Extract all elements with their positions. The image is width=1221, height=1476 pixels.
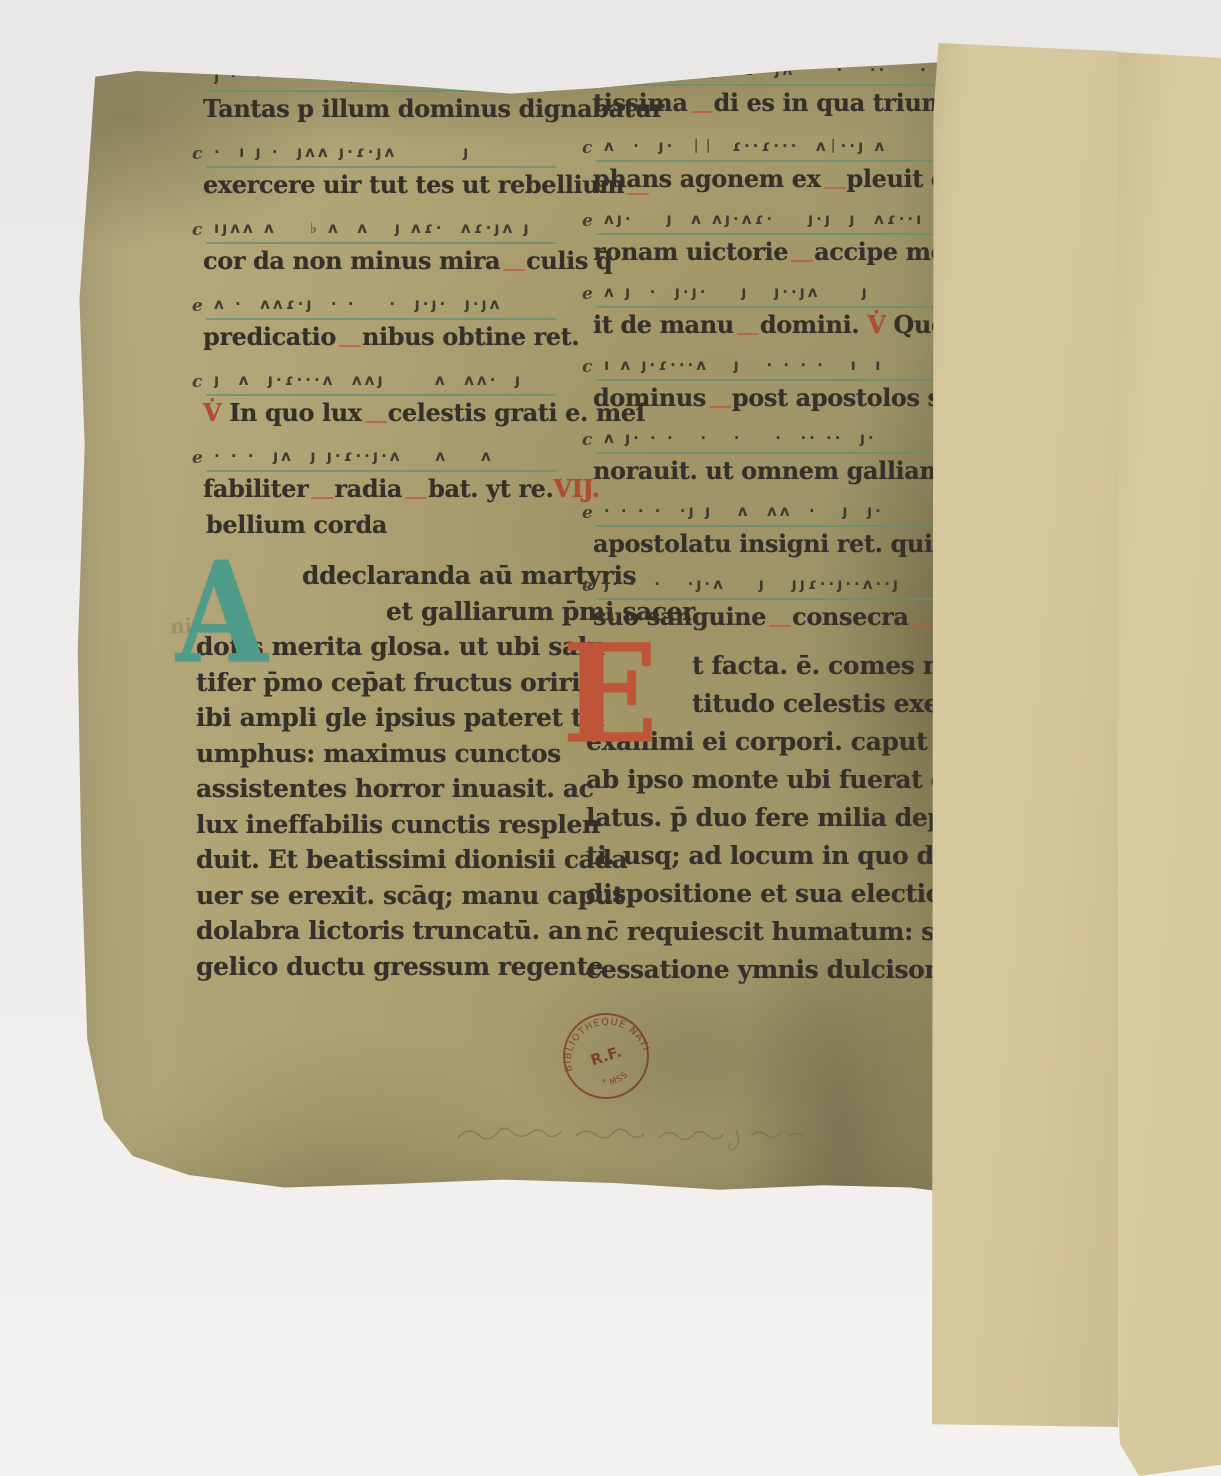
text-segment: nc̄ requiescit humatum: sine <box>586 913 977 951</box>
chant-line: c· ı ȷ · ȷʌʌ ȷ·ɾ·ȷʌ ȷexercere uir tut te… <box>190 130 552 206</box>
text-segment: ne ret. <box>494 322 580 351</box>
prose-block: Et facta. ē. comes mulVIIJ.titudo celest… <box>580 647 940 989</box>
neume-row: c· ı ȷ · ȷʌʌ ȷ·ɾ·ȷʌ ȷ <box>190 130 552 170</box>
chant-line: cȷ ʌ ȷ·ɾ···ʌ ʌʌȷ ʌ ʌʌ· ȷV̇ In quo luxcel… <box>190 358 552 434</box>
text-segment: consecra <box>792 602 908 631</box>
text-segment: bat. yt re. <box>428 474 553 503</box>
turned-folio-edge <box>932 43 1118 1427</box>
text-segment: ronam uictorie <box>593 237 788 266</box>
neume-row: e· · · ȷʌ ȷ ȷ·ɾ··ȷ·ʌ ʌ ʌ <box>190 434 552 474</box>
clef-letter: c <box>192 144 202 164</box>
chant-lyrics: fabiliterradiabat. yt re.VIJ. <box>190 474 552 510</box>
text-segment: nibus obti <box>362 322 494 351</box>
text-segment: uer se erexit. scāq; manu caput <box>196 878 624 914</box>
text-segment: domi <box>760 310 826 339</box>
bnf-library-stamp-icon: BIBLIOTHEQUE NATIONALE * MSS R.F. <box>546 996 667 1117</box>
text-segment: dominus <box>593 383 706 412</box>
clef-letter: e <box>582 284 593 304</box>
text-segment: duit. Et beatissimi dionisii cada <box>196 842 627 878</box>
chant-line: eʌ ȷ · ȷ·ȷ· ȷ ȷ··ȷʌ ȷit de manudomini. V… <box>580 270 940 343</box>
text-segment: ibi ampli gle ipsius pateret tri <box>196 700 604 736</box>
prose-line: latus. p̄ duo fere milia deportan <box>580 799 940 837</box>
text-segment: assistentes horror inuasit. ac <box>196 771 594 807</box>
staff-line <box>596 306 944 309</box>
staff-line <box>206 470 556 473</box>
prose-line: assistentes horror inuasit. ac <box>190 771 552 807</box>
text-segment: exercere uir tut tes ut rebellium <box>203 170 624 199</box>
chant-line: cı ʌ ȷ·ɾ···ʌ ȷ · · · · ı ıdominuspost ap… <box>580 343 940 416</box>
neume-row: ʌ · ᛁ ȷ· ȷ· ɾ··ȷʌ · ·· · ȷ ··ʌ <box>580 54 940 88</box>
text-segment: ni. <box>826 310 868 339</box>
neume-row: cʌ ȷ· · · · · · ·· ·· ȷ· <box>580 416 940 456</box>
chant-lyrics: dominuspost apostolos sic ho <box>580 383 940 419</box>
chant-line: eʌȷ· ȷ ʌ ʌȷ·ʌɾ· ȷ·ȷ ȷ ʌɾ··ıronam uictori… <box>580 197 940 270</box>
clef-letter: c <box>192 372 202 392</box>
clef-letter: e <box>582 211 593 231</box>
staff-line <box>206 90 556 93</box>
neume-row: eʌ ȷ · ȷ·ȷ· ȷ ȷ··ȷʌ ȷ <box>580 270 940 310</box>
right-text-column: ʌ · ᛁ ȷ· ȷ· ɾ··ȷʌ · ·· · ȷ ··ʌtissimadi … <box>580 54 940 989</box>
chant-lyrics: it de manudomini. V̇ Quem <box>580 310 940 346</box>
staff-line <box>206 166 556 169</box>
chant-lyrics: cor da non minus miraculis q̄ <box>190 246 552 282</box>
text-segment: ti. usq; ad locum in quo dei <box>586 837 958 875</box>
clef-letter: c <box>192 220 202 240</box>
text-segment: Tantas p illum dominus dignaba <box>203 94 624 123</box>
illuminated-initial: E <box>562 626 658 762</box>
staff-line <box>596 233 944 236</box>
neume-row: cıȷʌʌ ʌ ♭ ʌ ʌ ȷ ʌɾ· ʌɾ·ȷʌ ȷ <box>190 206 552 246</box>
chant-line: e· · · ȷʌ ȷ ȷ·ɾ··ȷ·ʌ ʌ ʌfabiliterradiaba… <box>190 434 552 510</box>
neume-glyphs: ʌ · ᛁ ȷ· ȷ· ɾ··ȷʌ · ·· · ȷ ··ʌ <box>604 61 940 79</box>
text-segment: umphus: maximus cunctos <box>196 736 561 772</box>
prose-line: umphus: maximus cunctos <box>190 736 552 772</box>
neume-glyphs: ʌȷ· ȷ ʌ ʌȷ·ʌɾ· ȷ·ȷ ȷ ʌɾ··ı <box>604 210 940 228</box>
stamp-center-text: R.F. <box>588 1043 623 1070</box>
prose-line: duit. Et beatissimi dionisii cada <box>190 842 552 878</box>
prose-line: ibi ampli gle ipsius pateret tri <box>190 700 552 736</box>
text-segment: cu <box>526 246 557 275</box>
text-segment: predicatio <box>203 322 336 351</box>
chant-lyrics: tissimadi es in qua trium <box>580 88 940 124</box>
text-segment: it de manu <box>593 310 734 339</box>
chant-line: eʌ · ʌʌɾ·ȷ · · · ȷ·ȷ· ȷ·ȷʌpredicationibu… <box>190 282 552 358</box>
text-segment: radia <box>334 474 402 503</box>
text-segment: di es in qua trium <box>714 88 947 117</box>
neume-glyphs: ʌ · ʌʌɾ·ȷ · · · ȷ·ȷ· ȷ·ȷʌ <box>214 295 552 313</box>
inscription-stroke <box>729 1130 738 1150</box>
prose-line: nc̄ requiescit humatum: sine <box>580 913 940 951</box>
chant-line: ʌ · ᛁ ȷ· ȷ· ɾ··ȷʌ · ·· · ȷ ··ʌtissimadi … <box>580 54 940 124</box>
staff-line <box>596 525 944 528</box>
chant-line: e· · · · ·ȷ ȷ ʌ ʌʌ · ȷ ȷ·apostolatu insi… <box>580 489 940 562</box>
staff-line <box>206 394 556 397</box>
chant-lyrics: apostolatu insigni ret. quiq; eam <box>580 529 940 565</box>
clef-letter: c <box>582 430 592 450</box>
inscription-stroke <box>458 1128 561 1139</box>
staff-line <box>596 84 944 87</box>
clef-letter: e <box>582 503 593 523</box>
neume-glyphs: ıȷʌʌ ʌ ♭ ʌ ʌ ȷ ʌɾ· ʌɾ·ȷʌ ȷ <box>214 219 552 237</box>
neume-row: cı ʌ ȷ·ɾ···ʌ ȷ · · · · ı ı <box>580 343 940 383</box>
staff-line <box>596 160 944 163</box>
prose-line: gelico ductu gressum regente <box>190 949 552 985</box>
prose-line: lux ineffabilis cunctis resplen <box>190 807 552 843</box>
faint-inscription <box>452 1114 862 1158</box>
prose-line: dolabra lictoris truncatū. an <box>190 913 552 949</box>
left-text-column: ȷ · · · ᛁı· · ȷ ··Tantas p illum dominus… <box>190 60 552 984</box>
text-segment: In quo lux <box>229 398 362 427</box>
underlying-folio-edge <box>1116 52 1221 1476</box>
text-segment: tissima <box>593 88 688 117</box>
neume-glyphs: ȷ ʌ ȷ·ɾ···ʌ ʌʌȷ ʌ ʌʌ· ȷ <box>214 371 552 389</box>
rubric-segment: V̇ <box>867 310 893 339</box>
neume-row: eʌ · ʌʌɾ·ȷ · · · ȷ·ȷ· ȷ·ȷʌ <box>190 282 552 322</box>
rubric-segment: V̇ <box>203 398 229 427</box>
clef-letter: c <box>582 357 592 377</box>
clef-letter: e <box>192 296 203 316</box>
staff-line <box>206 318 556 321</box>
text-segment: cor da non minus mira <box>203 246 500 275</box>
neume-row: eȷ· · · ·ȷ·ʌ ȷ ȷȷɾ··ȷ··ʌ··ȷ <box>580 562 940 602</box>
prose-line: uer se erexit. scāq; manu caput <box>190 878 552 914</box>
neume-glyphs: ʌ ȷ · ȷ·ȷ· ȷ ȷ··ȷʌ ȷ <box>604 283 940 301</box>
prose-block: Addeclaranda aū martyriset galliarum p̄m… <box>190 558 552 984</box>
chant-lyrics: phans agonem expleuit et co <box>580 164 940 200</box>
text-segment: dolabra lictoris truncatū. an <box>196 913 582 949</box>
neume-glyphs: ȷ · · · ᛁı· · ȷ ·· <box>214 67 552 85</box>
chant-lyrics: V̇ In quo luxcelestis grati e. meſ <box>190 398 552 434</box>
neume-row: cȷ ʌ ȷ·ɾ···ʌ ʌʌȷ ʌ ʌʌ· ȷ <box>190 358 552 398</box>
neume-glyphs: · · · ȷʌ ȷ ȷ·ɾ··ȷ·ʌ ʌ ʌ <box>214 447 552 465</box>
clef-letter: c <box>582 138 592 158</box>
staff-line <box>596 379 944 382</box>
photograph: ȷ · · · ᛁı· · ȷ ··Tantas p illum dominus… <box>0 0 1221 1476</box>
chant-lyrics: norauit. ut omnem galliam eius <box>580 456 940 492</box>
manuscript-folio: ȷ · · · ᛁı· · ȷ ··Tantas p illum dominus… <box>76 62 945 1192</box>
text-segment: dispositione et sua electione <box>586 875 975 913</box>
chant-line: ȷ · · · ᛁı· · ȷ ··Tantas p illum dominus… <box>190 60 552 130</box>
inscription-stroke <box>660 1132 723 1140</box>
chant-lyrics: ronam uictorieaccipe meru <box>580 237 940 273</box>
neume-row: ȷ · · · ᛁı· · ȷ ·· <box>190 60 552 94</box>
inscription-stroke <box>752 1132 802 1137</box>
text-segment: phans agonem ex <box>593 164 821 193</box>
chant-line: cıȷʌʌ ʌ ♭ ʌ ʌ ȷ ʌɾ· ʌɾ·ȷʌ ȷcor da non mi… <box>190 206 552 282</box>
staff-line <box>596 598 944 601</box>
prose-line: cessatione ymnis dulcisonis <box>580 951 940 989</box>
chant-line: cʌ · ȷ· ᛁᛁ ɾ··ɾ··· ʌᛁ··ȷ ʌ ȷphans agonem… <box>580 124 940 197</box>
chant-lyrics: Tantas p illum dominus dignabatur <box>190 94 552 130</box>
chant-lyrics: predicationibus obtine ret. <box>190 322 552 358</box>
neume-row: e· · · · ·ȷ ȷ ʌ ʌʌ · ȷ ȷ· <box>580 489 940 529</box>
neume-row: eʌȷ· ȷ ʌ ʌȷ·ʌɾ· ȷ·ȷ ȷ ʌɾ··ı <box>580 197 940 237</box>
neume-glyphs: ı ʌ ȷ·ɾ···ʌ ȷ · · · · ı ı <box>604 356 940 374</box>
prose-line: ti. usq; ad locum in quo dei <box>580 837 940 875</box>
prose-line: dispositione et sua electione <box>580 875 940 913</box>
clef-letter: e <box>582 576 593 596</box>
neume-glyphs: ȷ· · · ·ȷ·ʌ ȷ ȷȷɾ··ȷ··ʌ··ȷ <box>604 575 940 593</box>
neume-row: cʌ · ȷ· ᛁᛁ ɾ··ɾ··· ʌᛁ··ȷ ʌ ȷ <box>580 124 940 164</box>
staff-line <box>206 242 556 245</box>
chant-line: cʌ ȷ· · · · · · ·· ·· ȷ·norauit. ut omne… <box>580 416 940 489</box>
text-segment: cessatione ymnis dulcisonis <box>586 951 965 989</box>
text-segment: fabiliter <box>203 474 308 503</box>
stamp-bottom-text: * MSS <box>598 1068 632 1091</box>
text-segment: ple <box>847 164 887 193</box>
chant-lyrics: exercere uir tut tes ut rebellium <box>190 170 552 206</box>
inscription-stroke <box>576 1129 644 1138</box>
neume-glyphs: ʌ ȷ· · · · · · ·· ·· ȷ· <box>604 429 940 447</box>
staff-line <box>596 452 944 455</box>
clef-letter: e <box>192 448 203 468</box>
neume-glyphs: ʌ · ȷ· ᛁᛁ ɾ··ɾ··· ʌᛁ··ȷ ʌ ȷ <box>604 137 940 155</box>
text-segment: lux ineffabilis cunctis resplen <box>196 807 600 843</box>
neume-glyphs: · · · · ·ȷ ȷ ʌ ʌʌ · ȷ ȷ· <box>604 502 940 520</box>
text-segment: gelico ductu gressum regente <box>196 949 603 985</box>
neume-glyphs: · ı ȷ · ȷʌʌ ȷ·ɾ·ȷʌ ȷ <box>214 143 552 161</box>
illuminated-initial: A <box>176 543 268 682</box>
